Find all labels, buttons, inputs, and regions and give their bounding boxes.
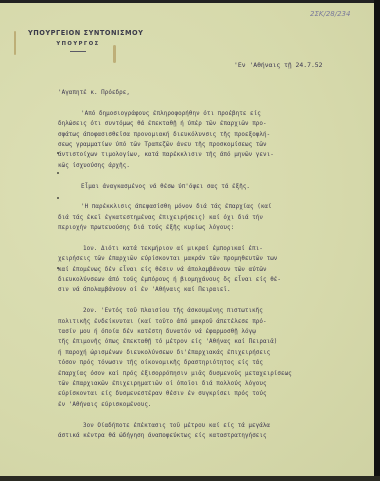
rust-stain bbox=[14, 31, 16, 55]
text-line: 2ον. 'Εντός τοῦ πλαισίου τῆς άσκουμένης … bbox=[58, 306, 348, 316]
paragraph-1: 'Από δημοσιογράφους έπληροφορήθην ότι πρ… bbox=[58, 109, 348, 171]
letter-page: ΥΠΟΥΡΓΕΙΟΝ ΣΥΝΤΟΝΙΣΜΟΥ ΥΠΟΥΡΓΟΣ 2ΣΚ/28/2… bbox=[0, 2, 375, 476]
paragraph-point-2: 2ον. 'Εντός τοῦ πλαισίου τῆς άσκουμένης … bbox=[58, 306, 348, 410]
letterhead-ministry: ΥΠΟΥΡΓΕΙΟΝ ΣΥΝΤΟΝΙΣΜΟΥ bbox=[28, 29, 128, 37]
text-line: εύρίσκονται είς δυσμενεστέραν θέσιν έν σ… bbox=[58, 389, 348, 399]
letterhead-rule bbox=[70, 51, 86, 52]
scan-border-top bbox=[0, 0, 380, 3]
text-line: 3ον Οίαδήποτε έπέκτασις τοῦ μέτρου καί ε… bbox=[58, 421, 348, 431]
text-line: καί έπομένως δέν εἶναι είς θέσιν νά άπολ… bbox=[58, 265, 348, 275]
text-line: 'Από δημοσιογράφους έπληροφορήθην ότι πρ… bbox=[58, 109, 348, 119]
text-line: έπαρχίας όσον καί πρός έξισορρόπησιν μιᾶ… bbox=[58, 369, 348, 379]
scan-border-right bbox=[374, 0, 380, 481]
rust-stain bbox=[113, 45, 116, 63]
paragraph-point-3: 3ον Οίαδήποτε έπέκτασις τοῦ μέτρου καί ε… bbox=[58, 421, 348, 442]
text-line: σιν νά άπολαμβάνουν οί έν 'Αθήναις καί Π… bbox=[58, 285, 348, 295]
letter-body: 'Αγαπητέ κ. Πρόεδρε, 'Από δημοσιογράφους… bbox=[58, 88, 348, 441]
text-line: 'Η παρέκκλισις άπεφασίσθη μόνον διά τάς … bbox=[58, 202, 348, 212]
paragraph-point-1: 1ον. Διότι κατά τεκμήριον αί μικραί έμπο… bbox=[58, 244, 348, 296]
text-line: άστικά κέντρα θά ώδήγηση άναπoφεύκτως εί… bbox=[58, 431, 348, 441]
text-line: κῶς ίσχυούσης άρχῆς. bbox=[58, 161, 348, 171]
text-line: άντιστοίχων τιμολογίων, κατά παρέκκλισιν… bbox=[58, 150, 348, 160]
text-line: χειρήσεις τῶν έπαρχιῶν εύρίσκονται μακρά… bbox=[58, 254, 348, 264]
text-line: έν 'Αθήναις εύρισκομένους. bbox=[58, 400, 348, 410]
text-line: Εἶμαι άναγκασμένος νά θέσω ύπ'όψει σας τ… bbox=[58, 182, 348, 192]
text-line: διά τάς έκεῖ έγκατεστημένας έπιχειρήσεις… bbox=[58, 213, 348, 223]
text-line: σεως γραμματίων ύπό τῶν Τραπεζῶν άνευ τῆ… bbox=[58, 140, 348, 150]
text-line: τῶν έπαρχιακῶν έπιχειρηματιῶν οί όποῖοι … bbox=[58, 379, 348, 389]
text-line: πολιτικῆς ένδείκνυται (καί τοῦτο άπό μακ… bbox=[58, 317, 348, 327]
text-line: ή παροχή ώρισμένων διευκολύνσεων δι'έπαρ… bbox=[58, 348, 348, 358]
text-line: δηλώσεις ότι συντόμως θά έπεκταθῇ ή ύπέρ… bbox=[58, 119, 348, 129]
text-line: τόσον πρός τόνωσιν τῆς οίκονομικῆς δραστ… bbox=[58, 358, 348, 368]
paragraph-3: 'Η παρέκκλισις άπεφασίσθη μόνον διά τάς … bbox=[58, 202, 348, 233]
text-line: διευκολύνσεων άπό τούς έμπόρους ή βιομηχ… bbox=[58, 275, 348, 285]
salutation: 'Αγαπητέ κ. Πρόεδρε, bbox=[58, 88, 348, 98]
paragraph-2: Εἶμαι άναγκασμένος νά θέσω ύπ'όψει σας τ… bbox=[58, 182, 348, 192]
dateline: 'Εν 'Αθήναις τῇ 24.7.52 bbox=[234, 61, 323, 69]
text-line: τασίν μου ή όποία δέν κατέστη δυνατόν νά… bbox=[58, 327, 348, 337]
text-line: σφάτως άποφασισθεῖσα προνομιακή διευκόλυ… bbox=[58, 130, 348, 140]
scan-border-bottom bbox=[0, 476, 380, 481]
text-line: περιοχήν πρωτευούσης διά τούς έξῆς κυρίω… bbox=[58, 223, 348, 233]
text-line: 1ον. Διότι κατά τεκμήριον αί μικραί έμπο… bbox=[58, 244, 348, 254]
archive-reference: 2ΣΚ/28/234 bbox=[310, 10, 350, 18]
text-line: τῆς έπιμονῆς όπως έπεκταθῇ τό μέτρον είς… bbox=[58, 337, 348, 347]
